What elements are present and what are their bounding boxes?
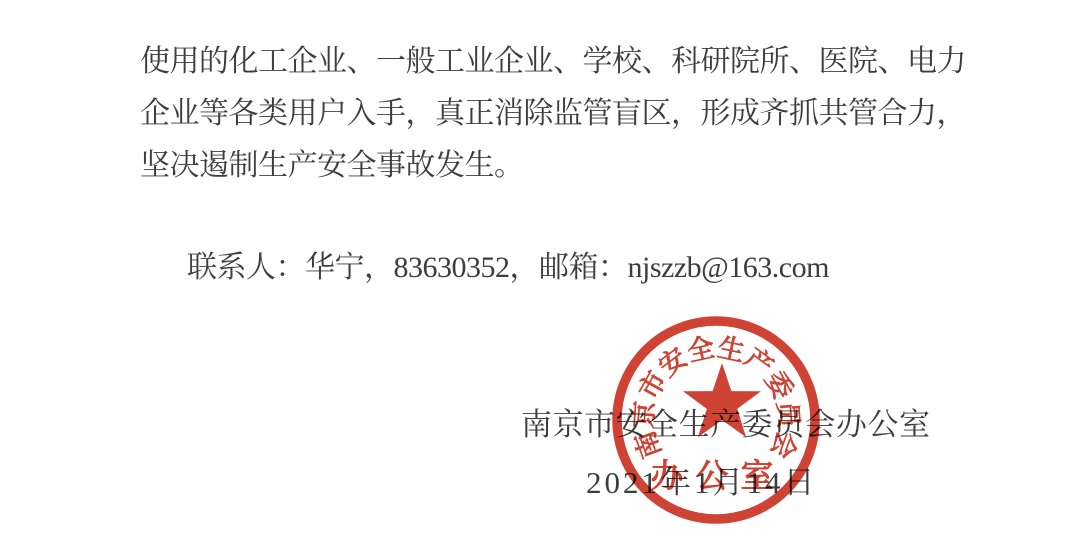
seal-arc-char: 全 bbox=[684, 331, 717, 367]
paragraph-line: 坚决遏制生产安全事故发生。 bbox=[140, 149, 524, 182]
official-seal: 南京市安全生产委员会 办公室 bbox=[609, 313, 823, 527]
paragraph-line: 企业等各类用户入手，真正消除监管盲区，形成齐抓共管合力， bbox=[140, 97, 966, 130]
document-page: 使用的化工企业、一般工业企业、学校、科研院所、医院、电力 企业等各类用户入手，真… bbox=[0, 0, 1080, 558]
seal-arc-char: 会 bbox=[765, 427, 802, 463]
seal-arc-char: 南 bbox=[630, 427, 667, 463]
contact-line: 联系人：华宁，83630352，邮箱：njszzb@163.com bbox=[187, 251, 829, 284]
seal-arc-char: 员 bbox=[772, 400, 804, 431]
seal-bottom-text: 办公室 bbox=[651, 458, 786, 495]
paragraph-line: 使用的化工企业、一般工业企业、学校、科研院所、医院、电力 bbox=[140, 45, 966, 78]
seal-arc-char: 京 bbox=[627, 400, 660, 429]
seal-star-icon bbox=[683, 363, 761, 437]
